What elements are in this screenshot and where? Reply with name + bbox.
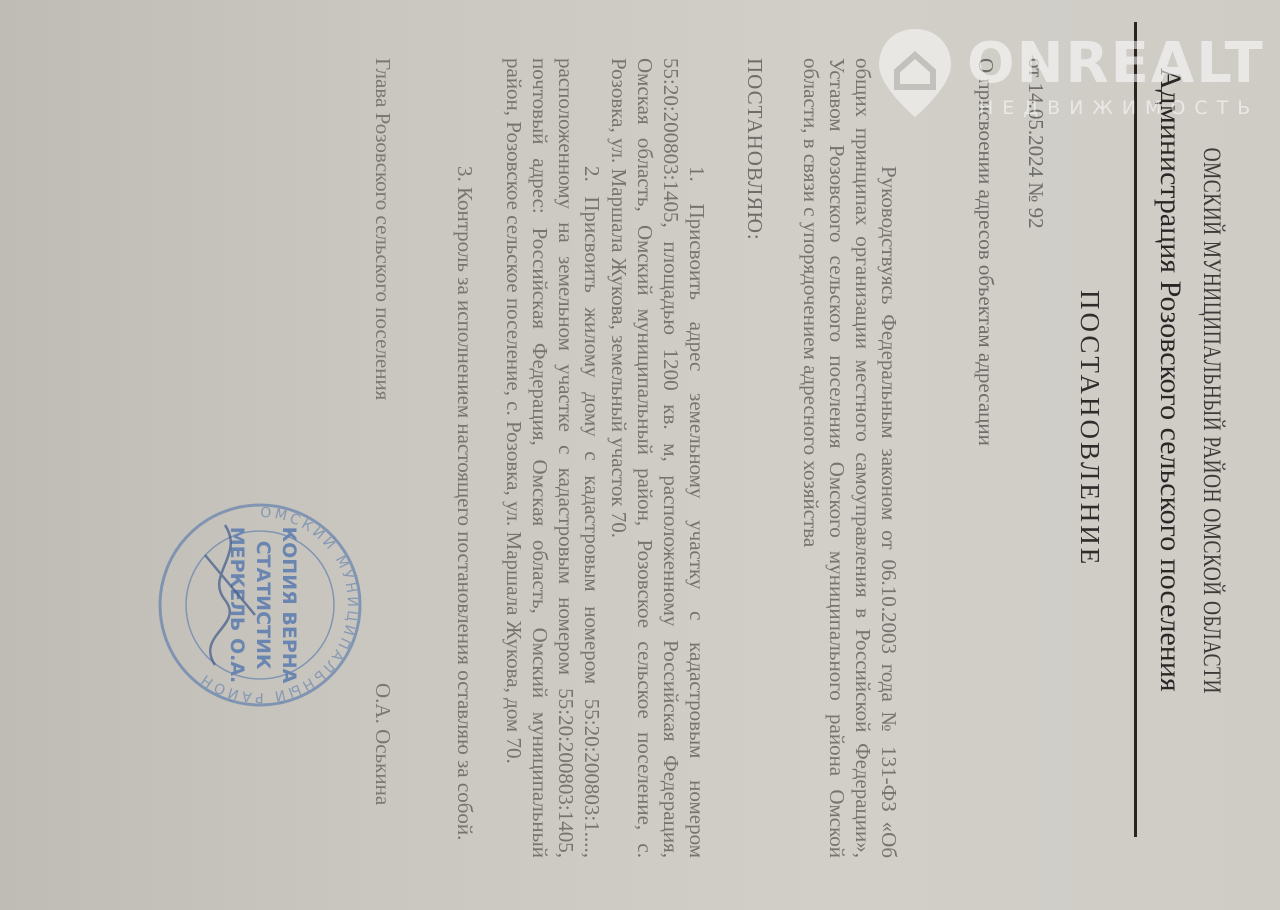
document-subject: О присвоении адресов объектам адресации [973,58,998,446]
signature-title: Глава Розовского сельского поселения [370,58,395,400]
document-page: ОМСКИЙ МУНИЦИПАЛЬНЫЙ РАЙОН ОМСКОЙ ОБЛАСТ… [0,0,1280,910]
resolve-heading: ПОСТАНОВЛЯЮ: [742,58,767,241]
svg-text:КОПИЯ ВЕРНА: КОПИЯ ВЕРНА [278,527,300,684]
date-number: от 14.05.2024 № 92 [1023,58,1048,229]
administration-header: Администрация Розовского сельского посел… [1153,68,1187,692]
municipality-header: ОМСКИЙ МУНИЦИПАЛЬНЫЙ РАЙОН ОМСКОЙ ОБЛАСТ… [1197,58,1225,783]
item-2: 2. Присвоить жилому дому с кадастровым н… [501,58,605,858]
intro-paragraph: Руководствуясь Федеральным законом от 06… [798,58,902,858]
stamp-seal-icon: ОМСКИЙ МУНИЦИПАЛЬНЫЙ РАЙОН КОПИЯ ВЕРНА С… [155,495,365,715]
item-3: 3. Контроль за исполнением настоящего по… [452,58,478,858]
document-title: ПОСТАНОВЛЕНИЕ [1074,290,1105,567]
header-rule [1134,22,1137,837]
item-1: 1. Присвоить адрес земельному участку с … [606,58,710,858]
svg-text:СТАТИСТИК: СТАТИСТИК [252,541,274,670]
signature-name: О.А. Оськина [370,683,395,805]
